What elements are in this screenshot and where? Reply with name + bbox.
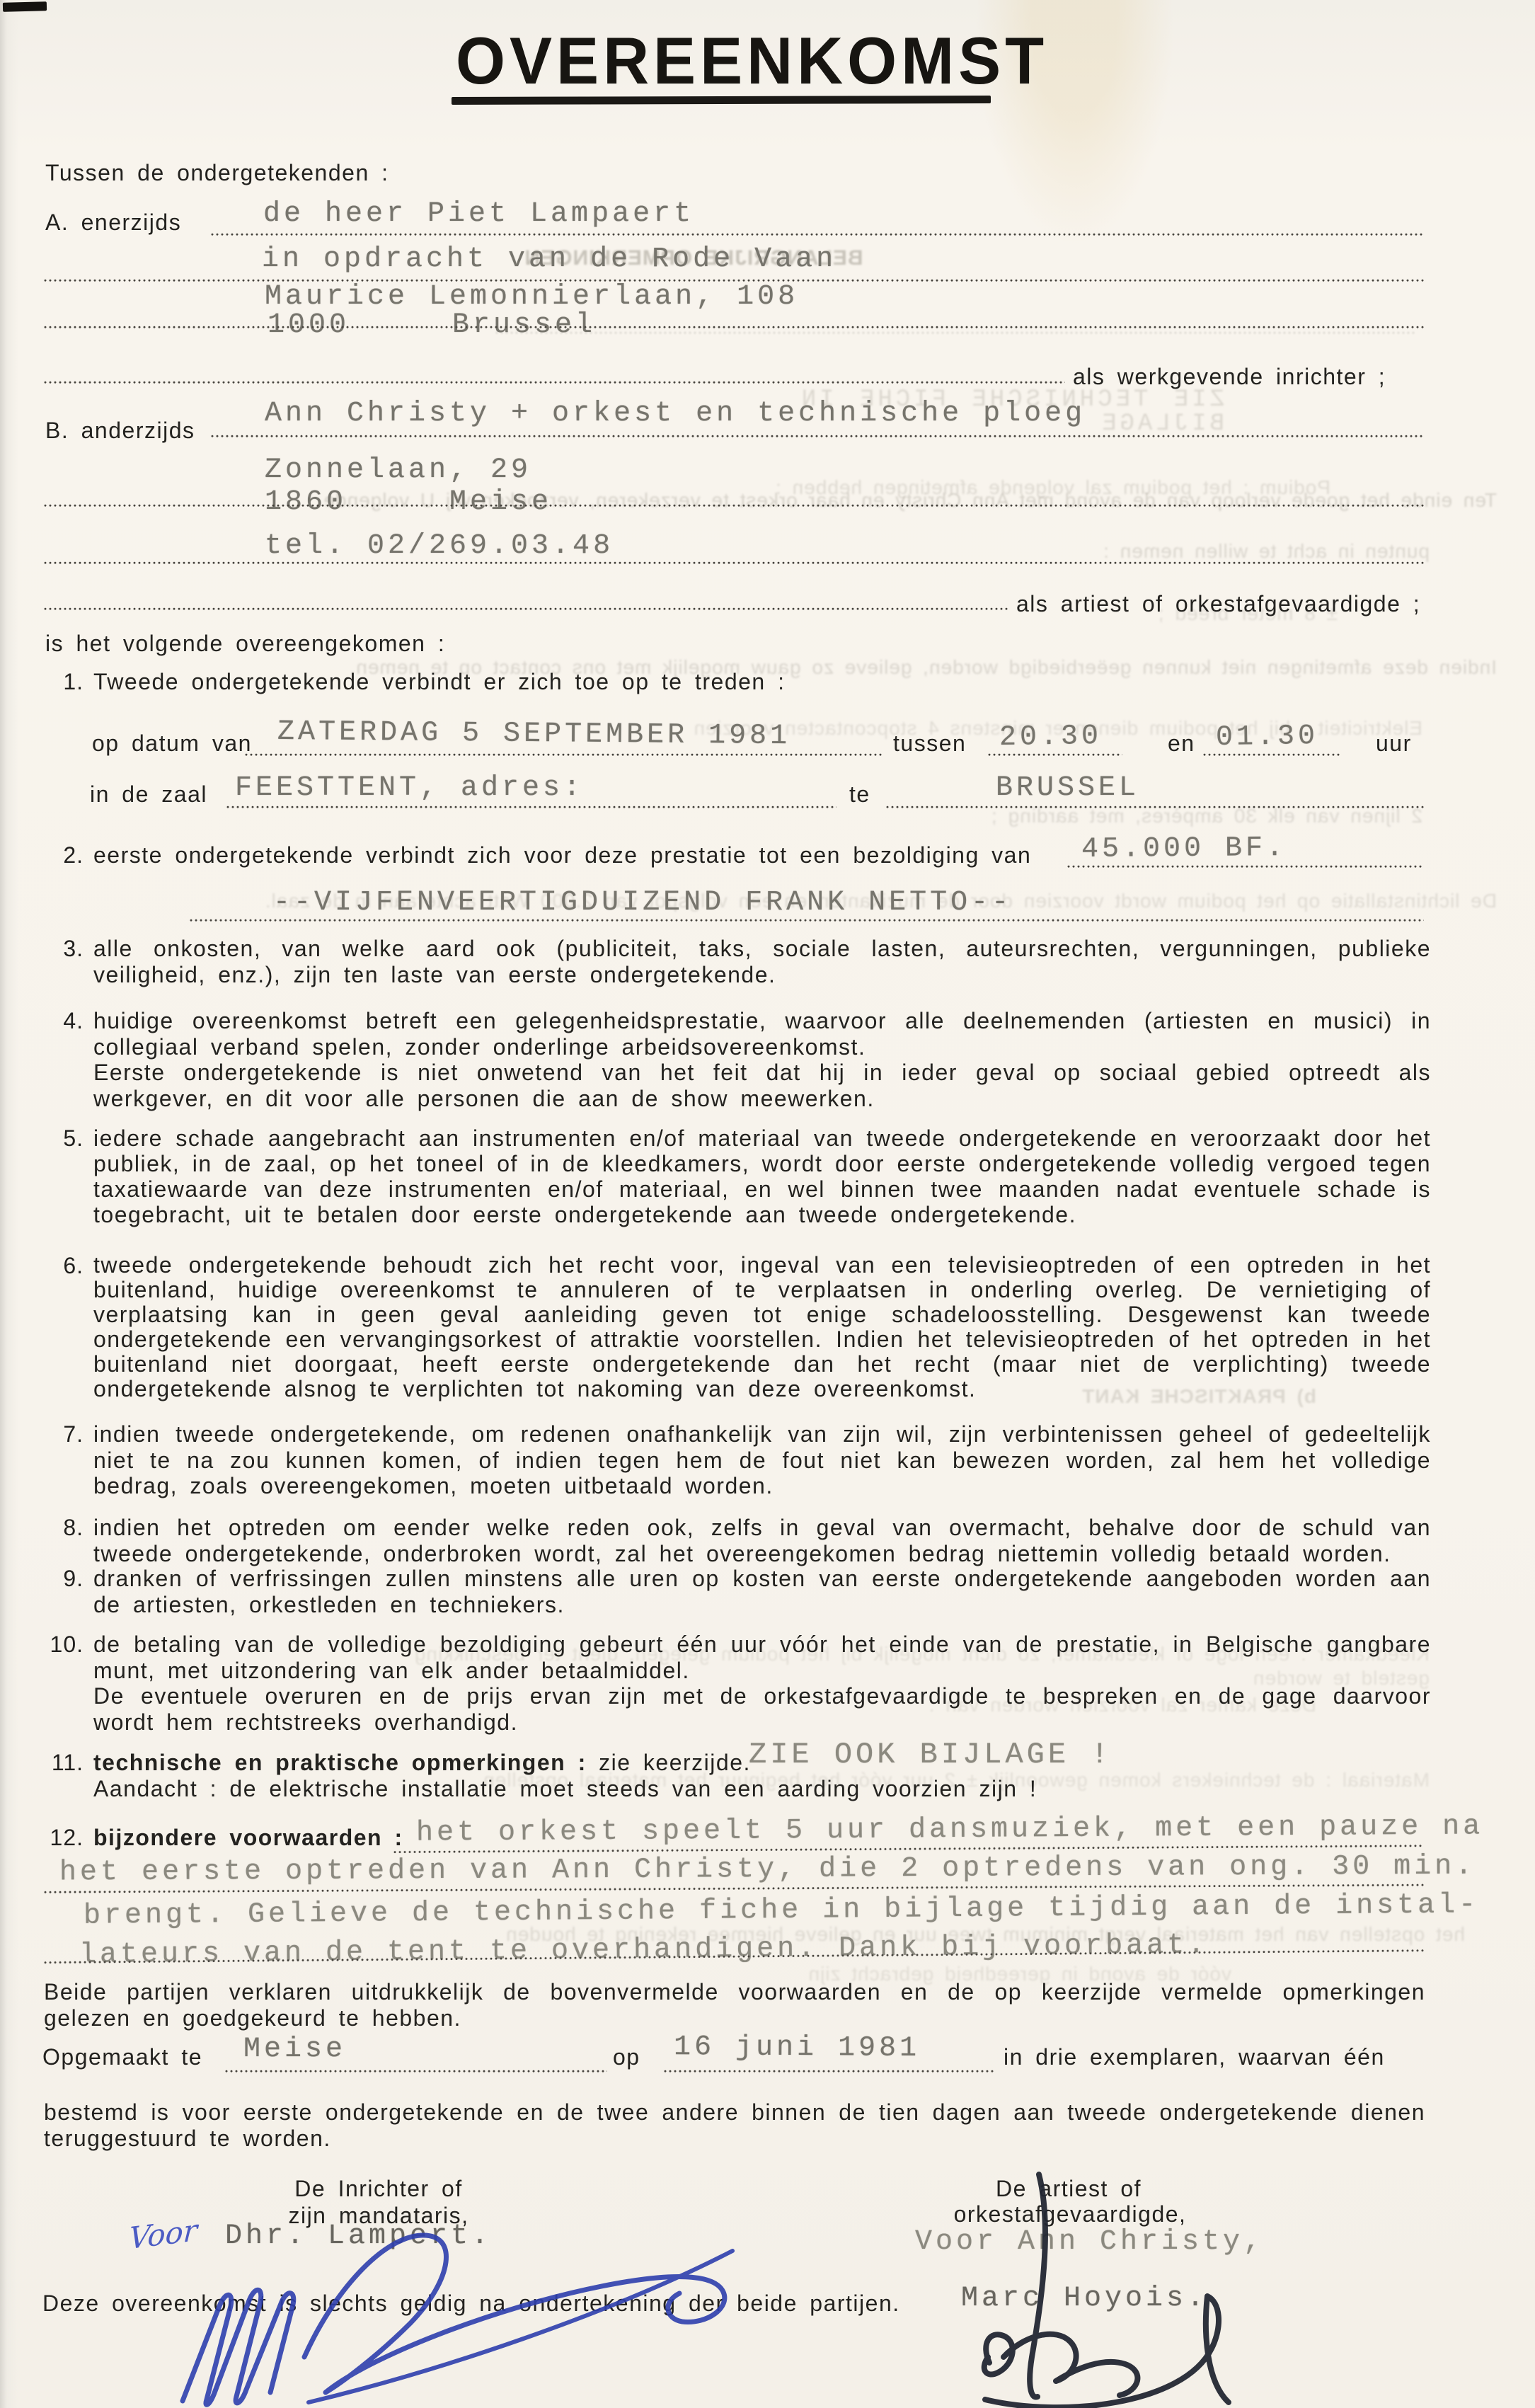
clause-text: Tweede ondergetekende verbindt er zich t… xyxy=(93,669,1431,695)
scan-edge-mark xyxy=(3,1,47,12)
clause-11-line2: Aandacht : de elektrische installatie mo… xyxy=(93,1776,1431,1802)
fill-line xyxy=(211,435,1424,437)
clause-number: 3. xyxy=(33,936,84,962)
clause-number: 12. xyxy=(33,1825,84,1851)
made-at-label: Opgemaakt te xyxy=(42,2044,202,2070)
title-underline xyxy=(452,96,991,105)
signature-left-ink xyxy=(183,2235,732,2404)
and-label: en xyxy=(1168,730,1195,757)
fill-line xyxy=(211,233,1424,236)
clause-number: 9. xyxy=(33,1566,84,1592)
intro-line: Tussen de ondergetekenden : xyxy=(45,160,389,186)
clause-5: 5. iedere schade aangebracht aan instrum… xyxy=(33,1125,1431,1227)
handwritten-voor: Voor xyxy=(128,2213,198,2257)
fill-line xyxy=(190,919,1424,922)
fill-line xyxy=(886,805,1424,808)
clause-11-bold-label: technische en praktische opmerkingen : xyxy=(93,1750,587,1775)
clause-text: Eerste ondergetekende is niet onwetend v… xyxy=(93,1060,1431,1111)
zie-ook-bijlage-field: ZIE OOK BIJLAGE ! xyxy=(749,1740,1112,1770)
clause-6: 6. tweede ondergetekende behoudt zich he… xyxy=(33,1253,1431,1401)
clause-1: 1. Tweede ondergetekende verbindt er zic… xyxy=(33,669,1431,695)
party-b-role: als artiest of orkestafgevaardigde ; xyxy=(1016,591,1420,617)
clause-text: tweede ondergetekende behoudt zich het r… xyxy=(93,1253,1431,1401)
signer-right-name-field: Marc Hoyois. xyxy=(961,2285,1207,2313)
party-b-phone-field: tel. 02/269.03.48 xyxy=(265,532,614,561)
signer-right-subtitle: orkestafgevaardigde, xyxy=(950,2201,1190,2228)
party-b-city-field: 1860 Meise xyxy=(265,488,552,517)
fill-line xyxy=(988,753,1122,756)
special-conditions-line1: het orkest speelt 5 uur dansmuziek, met … xyxy=(416,1813,1483,1847)
made-date-field: 16 juni 1981 xyxy=(674,2034,920,2063)
clause-text: De eventuele overuren en de prijs ervan … xyxy=(93,1683,1431,1735)
at-label: te xyxy=(849,781,870,808)
party-a-address-field: Maurice Lemonnierlaan, 108 xyxy=(265,283,798,311)
signer-right-title: De artiest of xyxy=(977,2176,1161,2202)
bleedthrough-text: punten in acht te willen nemen : xyxy=(991,539,1430,563)
fill-line xyxy=(245,753,882,756)
special-conditions-line2: het eerste optreden van Ann Christy, die… xyxy=(59,1853,1476,1888)
clause-text: indien tweede ondergetekende, om redenen… xyxy=(93,1421,1431,1499)
fill-line xyxy=(44,381,1065,384)
clause-text: huidige overeenkomst betreft een gelegen… xyxy=(93,1008,1431,1060)
clause-number: 5. xyxy=(33,1125,84,1152)
time-from-field: 20.30 xyxy=(999,723,1103,752)
clause-11: 11. technische en praktische opmerkingen… xyxy=(33,1750,1431,1801)
fill-line xyxy=(44,561,1424,564)
party-b-name-field: Ann Christy + orkest en technische ploeg xyxy=(265,400,1086,428)
clause-9: 9. dranken of verfrissingen zullen minst… xyxy=(33,1566,1431,1617)
on-label: op xyxy=(613,2044,640,2070)
clause-number: 2. xyxy=(33,842,84,868)
amount-words-field: --VIJFENVEERTIGDUIZEND FRANK NETTO-- xyxy=(273,889,1012,917)
date-field: ZATERDAG 5 SEPTEMBER 1981 xyxy=(277,718,791,751)
made-rest: in drie exemplaren, waarvan één xyxy=(1004,2044,1385,2070)
fill-line xyxy=(44,326,1424,328)
clause-number: 7. xyxy=(33,1421,84,1447)
party-a-label: A. enerzijds xyxy=(45,210,181,236)
made-place-field: Meise xyxy=(243,2036,346,2064)
clause-number: 4. xyxy=(33,1008,84,1034)
clause-text: alle onkosten, van welke aard ook (publi… xyxy=(93,936,1431,987)
clause-7: 7. indien tweede ondergetekende, om rede… xyxy=(33,1421,1431,1499)
signer-left-title: De Inrichter of xyxy=(269,2176,488,2202)
hour-label: uur xyxy=(1376,730,1412,757)
clause-number: 10. xyxy=(33,1632,84,1658)
fill-line xyxy=(225,2070,607,2072)
clause-10: 10. de betaling van de volledige bezoldi… xyxy=(33,1632,1431,1735)
fill-line xyxy=(1067,865,1424,868)
fill-line xyxy=(44,504,1424,507)
agreement-lead: is het volgende overeengekomen : xyxy=(45,631,445,657)
party-b-label: B. anderzijds xyxy=(45,418,195,444)
document-title: OVEREENKOMST xyxy=(456,28,1048,95)
party-a-role: als werkgevende inrichter ; xyxy=(1073,364,1386,390)
closing-paragraph: Beide partijen verklaren uitdrukkelijk d… xyxy=(44,1979,1425,2031)
signer-left-name-field: Dhr. Lampert. xyxy=(225,2223,492,2251)
bleedthrough-line xyxy=(495,331,1415,334)
fill-line xyxy=(1203,753,1342,756)
signer-right-for-field: Voor Ann Christy, xyxy=(915,2228,1264,2257)
fill-line xyxy=(226,805,837,808)
clause-number: 6. xyxy=(33,1253,84,1279)
party-a-line2-field: in opdracht van de Rode Vaan xyxy=(262,246,837,274)
party-a-name-field: de heer Piet Lampaert xyxy=(263,200,694,229)
clause-text: iedere schade aangebracht aan instrument… xyxy=(93,1125,1431,1227)
city-field: BRUSSEL xyxy=(996,774,1139,803)
clause-text: de betaling van de volledige bezoldiging… xyxy=(93,1632,1431,1683)
fill-line xyxy=(44,607,1008,610)
fill-line xyxy=(664,2070,995,2072)
venue-field: FEESTTENT, adres: xyxy=(235,774,584,803)
clause-text: indien het optreden om eender welke rede… xyxy=(93,1515,1431,1566)
clause-number: 8. xyxy=(33,1515,84,1541)
clause-11-rest: zie keerzijde. xyxy=(599,1750,751,1775)
contract-scan-page: BELANGRIJKE OPMERKINGEN ZIE TECHNISCHE F… xyxy=(0,0,1535,2408)
time-to-field: 01.30 xyxy=(1216,723,1319,752)
venue-label: in de zaal xyxy=(90,781,207,808)
closing-paragraph-2: bestemd is voor eerste ondergetekende en… xyxy=(44,2099,1425,2151)
clause-4: 4. huidige overeenkomst betreft een gele… xyxy=(33,1008,1431,1111)
clause-number: 11. xyxy=(33,1750,84,1776)
clause-3: 3. alle onkosten, van welke aard ook (pu… xyxy=(33,936,1431,987)
clause-8: 8. indien het optreden om eender welke r… xyxy=(33,1515,1431,1566)
clause-text: dranken of verfrissingen zullen minstens… xyxy=(93,1566,1431,1617)
between-label: tussen xyxy=(893,730,966,757)
date-label: op datum van xyxy=(92,730,252,757)
validity-note: Deze overeenkomst is slechts geldig na o… xyxy=(42,2291,900,2317)
clause-number: 1. xyxy=(33,669,84,695)
amount-field: 45.000 BF. xyxy=(1081,835,1287,864)
party-b-street-field: Zonnelaan, 29 xyxy=(265,457,531,485)
bleedthrough-text: Podium : het podium zal volgende afmetin… xyxy=(694,476,1330,500)
